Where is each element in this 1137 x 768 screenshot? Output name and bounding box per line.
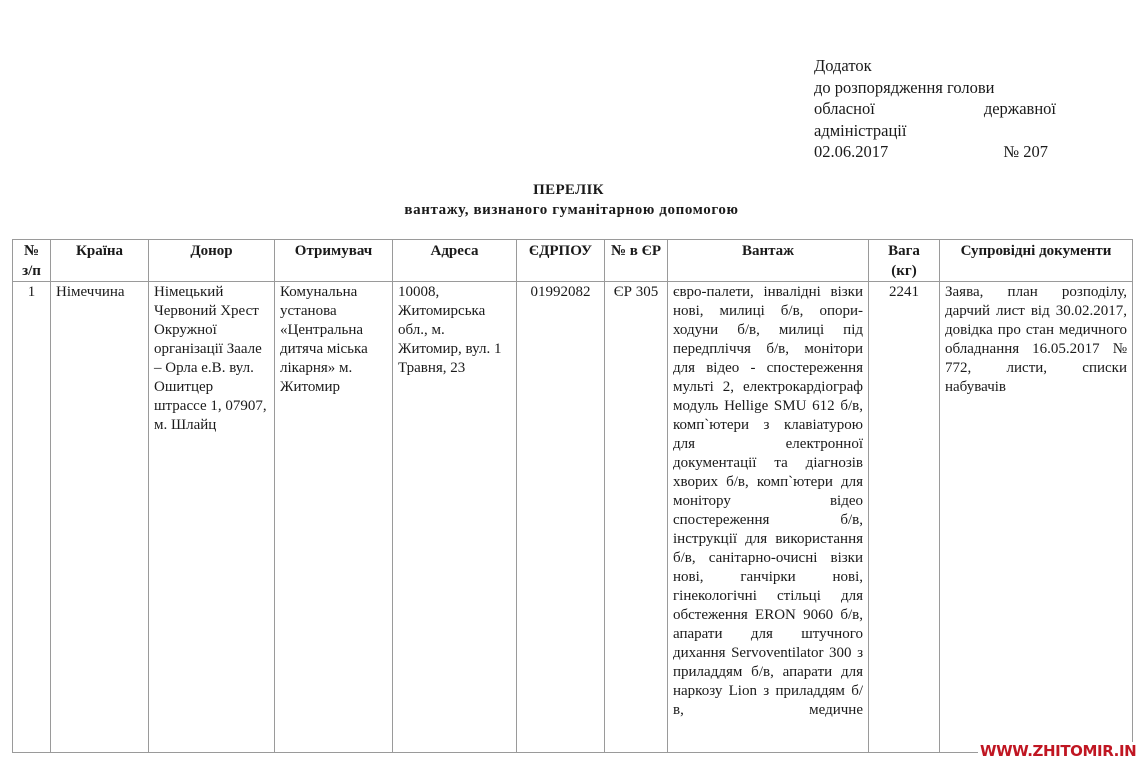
cell-weight: 2241 <box>869 282 940 753</box>
appendix-number: № 207 <box>1003 141 1048 163</box>
header-country: Країна <box>51 240 149 282</box>
header-er-num: № в ЄР <box>605 240 668 282</box>
header-recipient: Отримувач <box>275 240 393 282</box>
header-documents: Супровідні документи <box>940 240 1133 282</box>
appendix-date-number: 02.06.2017 № 207 <box>814 141 1048 163</box>
cell-er-num: ЄР 305 <box>605 282 668 753</box>
cell-cargo: євро-палети, інвалідні візки нові, милиц… <box>668 282 869 753</box>
header-address: Адреса <box>393 240 517 282</box>
header-cargo: Вантаж <box>668 240 869 282</box>
cell-documents: Заява, план розподілу, дарчий лист від 3… <box>940 282 1133 753</box>
appendix-authority-right: державної <box>984 98 1056 120</box>
cell-num: 1 <box>13 282 51 753</box>
appendix-label: Додаток <box>814 55 1056 77</box>
cell-donor: Німецький Червоний Хрест Окружної органі… <box>149 282 275 753</box>
cell-edrpou: 01992082 <box>517 282 605 753</box>
appendix-authority: обласної державної <box>814 98 1056 120</box>
cell-recipient: Комунальна установа «Центральна дитяча м… <box>275 282 393 753</box>
header-edrpou: ЄДРПОУ <box>517 240 605 282</box>
site-watermark: WWW.ZHITOMIR.INFO <box>978 742 1137 760</box>
header-weight: Вага (кг) <box>869 240 940 282</box>
header-num: № з/п <box>13 240 51 282</box>
appendix-authority-left: обласної <box>814 98 875 120</box>
cell-country: Німеччина <box>51 282 149 753</box>
appendix-order-ref: до розпорядження голови <box>814 77 1056 99</box>
header-donor: Донор <box>149 240 275 282</box>
appendix-administration: адміністрації <box>814 120 1056 142</box>
table-header-row: № з/п Країна Донор Отримувач Адреса ЄДРП… <box>13 240 1133 282</box>
appendix-block: Додаток до розпорядження голови обласної… <box>814 55 1056 163</box>
appendix-date: 02.06.2017 <box>814 141 888 163</box>
document-title: ПЕРЕЛІК <box>0 182 1137 199</box>
cargo-table: № з/п Країна Донор Отримувач Адреса ЄДРП… <box>12 239 1133 753</box>
table-row: 1 Німеччина Німецький Червоний Хрест Окр… <box>13 282 1133 753</box>
document-subtitle: вантажу, визнаного гуманітарною допомого… <box>0 202 1137 219</box>
cell-address: 10008, Житомирська обл., м. Житомир, вул… <box>393 282 517 753</box>
